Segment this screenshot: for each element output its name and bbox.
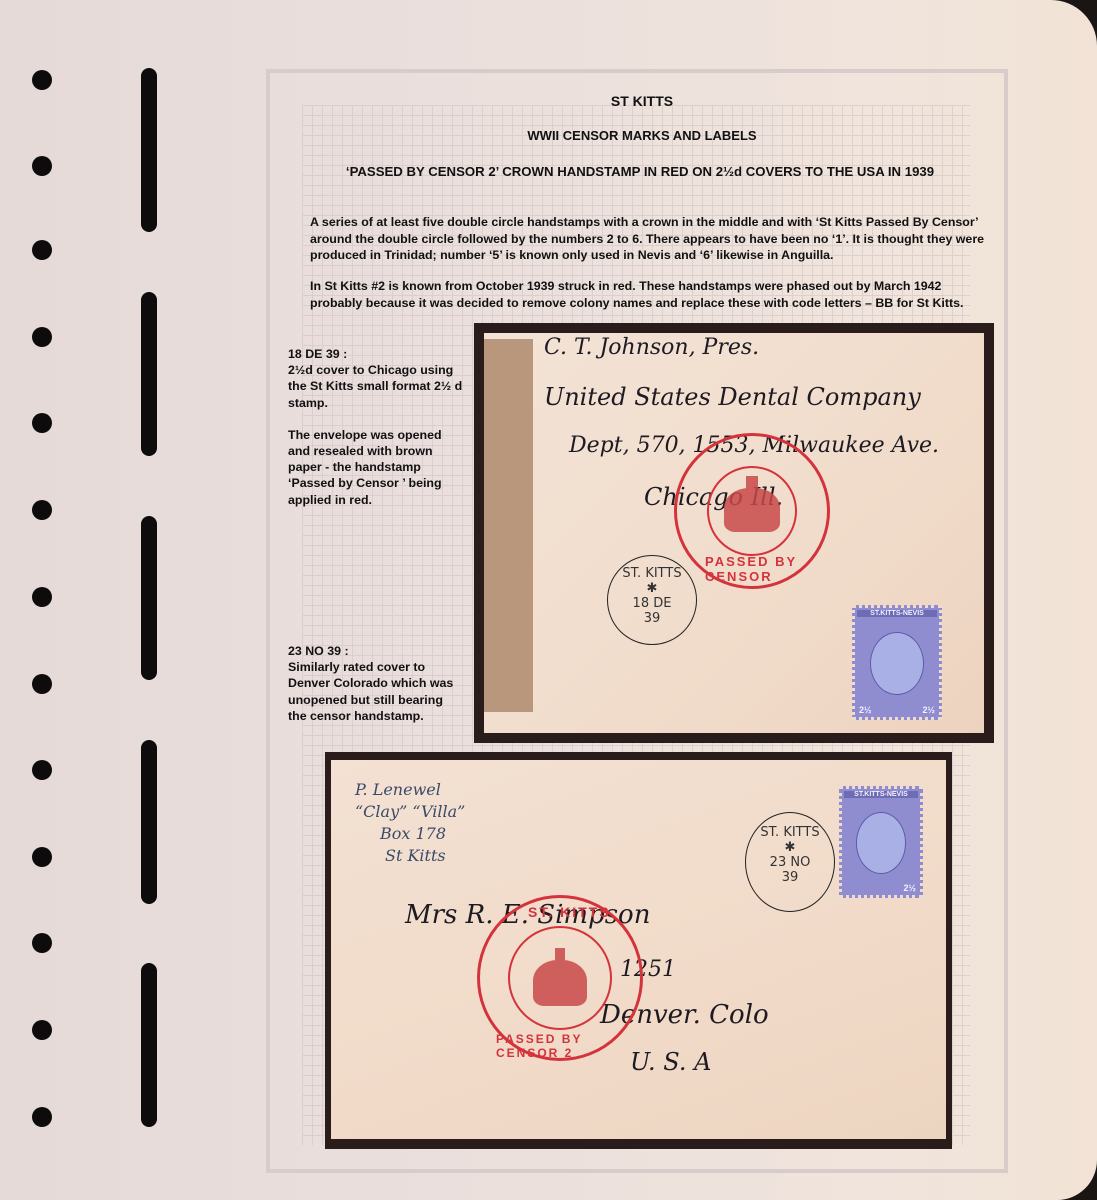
cover-2-date: 23 NO 39 : (288, 643, 463, 659)
binder-slot (141, 740, 157, 904)
postage-stamp: ST.KITTS-NEVIS 2½ (839, 786, 923, 898)
page-title: ST KITTS (302, 93, 982, 109)
binder-hole (32, 674, 52, 694)
cover-1-note-line: 2½d cover to Chicago using the St Kitts … (288, 362, 463, 411)
censor-resealing-tape (484, 339, 533, 712)
sender-line: “Clay” “Villa” (355, 802, 465, 821)
censor-handstamp: PASSED BY CENSOR (674, 433, 830, 589)
sender-line: St Kitts (385, 846, 446, 865)
cover-1-date: 18 DE 39 : (288, 346, 463, 362)
binder-hole (32, 240, 52, 260)
intro-paragraph-2: In St Kitts #2 is known from October 193… (310, 278, 990, 311)
postmark: ST. KITTS ✱ 18 DE 39 (607, 555, 697, 645)
binder-hole (32, 933, 52, 953)
cover-1-note-line: The envelope was opened and resealed wit… (288, 427, 463, 508)
cover-2-denver: P. Lenewel “Clay” “Villa” Box 178 St Kit… (325, 752, 952, 1149)
censor-text: PASSED BY CENSOR (705, 554, 827, 584)
intro-paragraph-1: A series of at least five double circle … (310, 214, 990, 264)
censor-top-text: ST. KITTS (528, 904, 611, 920)
binder-hole (32, 760, 52, 780)
address-line: United States Dental Company (544, 383, 921, 411)
binder-slot (141, 292, 157, 456)
binder-hole (32, 1107, 52, 1127)
address-line: U. S. A (630, 1048, 711, 1076)
binder-hole (32, 587, 52, 607)
binder-slot (141, 68, 157, 232)
album-page: ST KITTS WWII CENSOR MARKS AND LABELS ‘P… (0, 0, 1097, 1200)
sender-line: Box 178 (380, 824, 446, 843)
address-line: C. T. Johnson, Pres. (544, 335, 759, 360)
postmark: ST. KITTS ✱ 23 NO 39 (745, 812, 835, 912)
cover-1-chicago: C. T. Johnson, Pres. United States Denta… (474, 323, 994, 743)
cover-2-note-line: Similarly rated cover to Denver Colorado… (288, 659, 463, 724)
king-portrait-icon (870, 632, 924, 695)
sender-line: P. Lenewel (355, 780, 441, 799)
binder-hole (32, 327, 52, 347)
binder-hole (32, 500, 52, 520)
page-heading: ‘PASSED BY CENSOR 2’ CROWN HANDSTAMP IN … (300, 164, 980, 179)
binder-hole (32, 1020, 52, 1040)
king-portrait-icon (856, 812, 906, 874)
binder-hole (32, 413, 52, 433)
crown-icon (533, 960, 587, 1006)
page-subtitle: WWII CENSOR MARKS AND LABELS (302, 128, 982, 143)
binder-slot (141, 516, 157, 680)
censor-text: PASSED BY CENSOR 2 (496, 1032, 640, 1060)
cover-1-note: 18 DE 39 : 2½d cover to Chicago using th… (288, 346, 463, 524)
binder-hole (32, 156, 52, 176)
binder-hole (32, 847, 52, 867)
binder-hole (32, 70, 52, 90)
censor-handstamp: ST. KITTS PASSED BY CENSOR 2 (477, 895, 643, 1061)
postage-stamp: ST.KITTS-NEVIS 2½ 2½ (852, 605, 942, 720)
crown-icon (724, 488, 780, 532)
binder-slot (141, 963, 157, 1127)
cover-2-note: 23 NO 39 : Similarly rated cover to Denv… (288, 643, 463, 740)
